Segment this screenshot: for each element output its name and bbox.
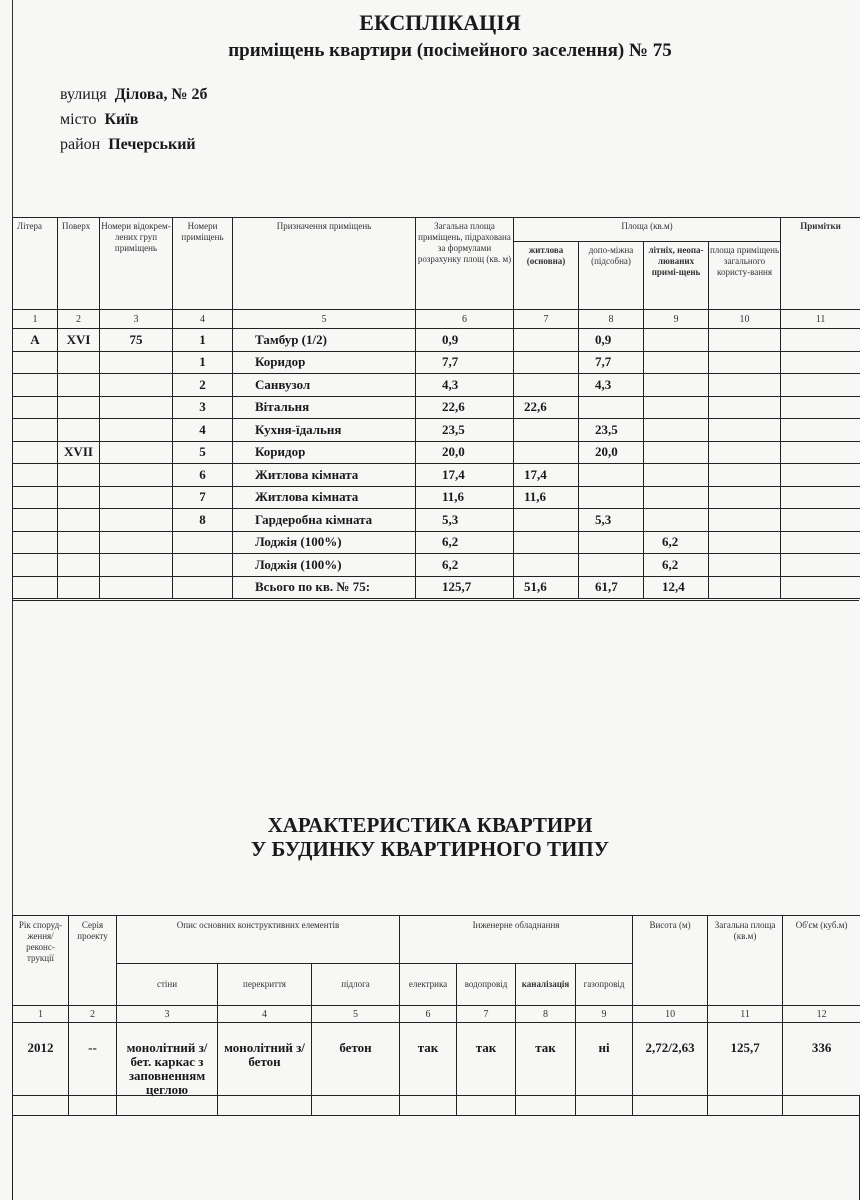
cell-living — [514, 531, 579, 554]
cell-name: Гардеробна кімната — [233, 509, 416, 532]
cell-total: 6,2 — [416, 531, 514, 554]
cell-notes — [781, 419, 860, 442]
header-construction-group: Опис основних конструктивних елементів — [117, 916, 400, 964]
cell-notes — [781, 374, 860, 397]
cell-summer — [644, 419, 709, 442]
cell-litera — [13, 509, 58, 532]
header-water: водопровід — [457, 964, 516, 1006]
cell-common — [709, 576, 781, 599]
cell-total: 20,0 — [416, 441, 514, 464]
cell-floor — [58, 486, 100, 509]
cell-total: 125,7 — [416, 576, 514, 599]
header-engineering-group: Інженерне обладнання — [400, 916, 633, 964]
cell-name: Вітальня — [233, 396, 416, 419]
street-value: Ділова, № 2б — [115, 86, 208, 103]
header-group-numbers: Номери відокрем-лених груп приміщень — [100, 218, 173, 310]
cell-living — [514, 351, 579, 374]
section-divider — [12, 600, 859, 601]
cell-common — [709, 374, 781, 397]
cell-notes — [781, 554, 860, 577]
cell-room: 3 — [173, 396, 233, 419]
cell-room: 7 — [173, 486, 233, 509]
table-row: 3Вітальня22,622,6 — [13, 396, 860, 419]
col-num: 11 — [708, 1006, 783, 1023]
cell-aux — [579, 464, 644, 487]
cell-common — [709, 419, 781, 442]
table-row: Лоджія (100%)6,26,2 — [13, 554, 860, 577]
table-row: 1Коридор7,77,7 — [13, 351, 860, 374]
header-ceilings: перекриття — [218, 964, 312, 1006]
cell-living — [514, 419, 579, 442]
cell-notes — [781, 396, 860, 419]
cell-floor — [58, 464, 100, 487]
cell-aux: 5,3 — [579, 509, 644, 532]
header-litera: Літера — [13, 218, 58, 310]
cell-room — [173, 554, 233, 577]
cell-summer — [644, 486, 709, 509]
cell-floor: XVII — [58, 441, 100, 464]
cell-floor — [58, 351, 100, 374]
header-walls: стіни — [117, 964, 218, 1006]
col-num: 4 — [218, 1006, 312, 1023]
cell-litera: А — [13, 329, 58, 352]
cell-summer — [644, 441, 709, 464]
header-area-group: Площа (кв.м) — [514, 218, 781, 242]
address-district: район Печерський — [60, 136, 196, 154]
cell-litera — [13, 486, 58, 509]
street-label: вулиця — [60, 86, 107, 103]
header-volume: Об'єм (куб.м) — [783, 916, 860, 1006]
table-row: Всього по кв. № 75:125,751,661,712,4 — [13, 576, 860, 599]
col-num: 7 — [457, 1006, 516, 1023]
cell-aux — [579, 531, 644, 554]
cell-group — [100, 509, 173, 532]
col-num: 10 — [633, 1006, 708, 1023]
cell-notes — [781, 329, 860, 352]
cell-common — [709, 464, 781, 487]
cell-floor — [58, 554, 100, 577]
header-series: Серія проекту — [69, 916, 117, 1006]
cell-common — [709, 396, 781, 419]
col-num: 5 — [233, 310, 416, 329]
cell-aux — [579, 396, 644, 419]
cell-room: 2 — [173, 374, 233, 397]
cell-floor — [58, 576, 100, 599]
city-label: місто — [60, 111, 96, 128]
notes-box — [12, 1095, 860, 1200]
cell-living — [514, 329, 579, 352]
city-value: Київ — [104, 111, 138, 128]
cell-room — [173, 576, 233, 599]
cell-group — [100, 374, 173, 397]
cell-common — [709, 486, 781, 509]
header-total-area: Загальна площа приміщень, підрахована за… — [416, 218, 514, 310]
cell-notes — [781, 486, 860, 509]
cell-litera — [13, 396, 58, 419]
col-num: 4 — [173, 310, 233, 329]
cell-living: 51,6 — [514, 576, 579, 599]
cell-common — [709, 329, 781, 352]
cell-common — [709, 531, 781, 554]
cell-floor: XVI — [58, 329, 100, 352]
cell-total: 7,7 — [416, 351, 514, 374]
table-row: 8Гардеробна кімната5,35,3 — [13, 509, 860, 532]
table-row: 7Житлова кімната11,611,6 — [13, 486, 860, 509]
cell-room: 6 — [173, 464, 233, 487]
cell-notes — [781, 351, 860, 374]
cell-group — [100, 576, 173, 599]
cell-living: 17,4 — [514, 464, 579, 487]
header-electric: електрика — [400, 964, 457, 1006]
cell-name: Коридор — [233, 351, 416, 374]
col-num: 8 — [516, 1006, 576, 1023]
cell-notes — [781, 576, 860, 599]
cell-aux: 4,3 — [579, 374, 644, 397]
cell-summer — [644, 374, 709, 397]
cell-room: 4 — [173, 419, 233, 442]
cell-summer: 12,4 — [644, 576, 709, 599]
cell-aux — [579, 486, 644, 509]
col-num: 2 — [58, 310, 100, 329]
cell-room: 8 — [173, 509, 233, 532]
cell-common — [709, 509, 781, 532]
header-notes: Примітки — [781, 218, 860, 310]
district-label: район — [60, 136, 100, 153]
cell-summer: 6,2 — [644, 531, 709, 554]
header-floor: підлога — [312, 964, 400, 1006]
col-num: 8 — [579, 310, 644, 329]
cell-litera — [13, 441, 58, 464]
cell-living: 11,6 — [514, 486, 579, 509]
cell-name: Лоджія (100%) — [233, 554, 416, 577]
cell-summer — [644, 351, 709, 374]
col-num: 3 — [117, 1006, 218, 1023]
cell-notes — [781, 464, 860, 487]
col-num: 1 — [13, 310, 58, 329]
cell-total: 0,9 — [416, 329, 514, 352]
cell-aux: 7,7 — [579, 351, 644, 374]
cell-litera — [13, 464, 58, 487]
header-room-numbers: Номери приміщень — [173, 218, 233, 310]
cell-group — [100, 531, 173, 554]
cell-aux: 0,9 — [579, 329, 644, 352]
table-row: Лоджія (100%)6,26,2 — [13, 531, 860, 554]
cell-total: 6,2 — [416, 554, 514, 577]
cell-living — [514, 374, 579, 397]
cell-floor — [58, 531, 100, 554]
header-summer: літніх, неопа-люваних примі-щень — [644, 242, 709, 310]
cell-group — [100, 441, 173, 464]
col-num: 3 — [100, 310, 173, 329]
cell-group — [100, 554, 173, 577]
cell-living — [514, 509, 579, 532]
address-street: вулиця Ділова, № 2б — [60, 86, 208, 104]
cell-total: 11,6 — [416, 486, 514, 509]
col-num: 5 — [312, 1006, 400, 1023]
cell-room: 5 — [173, 441, 233, 464]
cell-room: 1 — [173, 329, 233, 352]
cell-total: 23,5 — [416, 419, 514, 442]
cell-name: Всього по кв. № 75: — [233, 576, 416, 599]
header-purpose: Призначення приміщень — [233, 218, 416, 310]
header-living: житлова (основна) — [514, 242, 579, 310]
characteristics-title: ХАРАКТЕРИСТИКА КВАРТИРИ — [0, 813, 860, 837]
characteristics-subtitle: У БУДИНКУ КВАРТИРНОГО ТИПУ — [0, 837, 860, 861]
col-num: 6 — [416, 310, 514, 329]
cell-group — [100, 419, 173, 442]
document-subtitle: приміщень квартири (посімейного заселенн… — [20, 40, 860, 62]
col-num: 11 — [781, 310, 860, 329]
cell-name: Кухня-їдальня — [233, 419, 416, 442]
cell-common — [709, 554, 781, 577]
table-row: 6Житлова кімната17,417,4 — [13, 464, 860, 487]
cell-room — [173, 531, 233, 554]
cell-total: 5,3 — [416, 509, 514, 532]
column-numbers-row: 1 2 3 4 5 6 7 8 9 10 11 12 — [13, 1006, 860, 1023]
header-total-area: Загальна площа (кв.м) — [708, 916, 783, 1006]
cell-litera — [13, 576, 58, 599]
cell-litera — [13, 351, 58, 374]
col-num: 9 — [644, 310, 709, 329]
col-num: 6 — [400, 1006, 457, 1023]
col-num: 2 — [69, 1006, 117, 1023]
cell-name: Лоджія (100%) — [233, 531, 416, 554]
col-num: 1 — [13, 1006, 69, 1023]
cell-name: Житлова кімната — [233, 464, 416, 487]
cell-room: 1 — [173, 351, 233, 374]
cell-floor — [58, 374, 100, 397]
cell-floor — [58, 419, 100, 442]
cell-aux — [579, 554, 644, 577]
header-auxiliary: допо-міжна (підсобна) — [579, 242, 644, 310]
cell-notes — [781, 441, 860, 464]
cell-litera — [13, 531, 58, 554]
col-num: 9 — [576, 1006, 633, 1023]
column-numbers-row: 1 2 3 4 5 6 7 8 9 10 11 — [13, 310, 860, 329]
cell-living: 22,6 — [514, 396, 579, 419]
cell-floor — [58, 509, 100, 532]
cell-group: 75 — [100, 329, 173, 352]
cell-litera — [13, 374, 58, 397]
cell-group — [100, 396, 173, 419]
col-num: 12 — [783, 1006, 860, 1023]
cell-aux: 61,7 — [579, 576, 644, 599]
cell-litera — [13, 554, 58, 577]
table-row: 2Санвузол4,34,3 — [13, 374, 860, 397]
header-common: площа приміщень загального користу-вання — [709, 242, 781, 310]
cell-aux: 20,0 — [579, 441, 644, 464]
col-num: 7 — [514, 310, 579, 329]
cell-litera — [13, 419, 58, 442]
document-title: ЕКСПЛІКАЦІЯ — [10, 10, 860, 36]
table-row: 4Кухня-їдальня23,523,5 — [13, 419, 860, 442]
explication-table: Літера Поверх Номери відокрем-лених груп… — [12, 217, 860, 599]
cell-notes — [781, 531, 860, 554]
district-value: Печерський — [108, 136, 195, 153]
header-gas: газопровід — [576, 964, 633, 1006]
characteristics-table: Рік споруд-ження/ реконс-трукції Серія п… — [12, 915, 860, 1116]
cell-common — [709, 351, 781, 374]
cell-aux: 23,5 — [579, 419, 644, 442]
cell-group — [100, 486, 173, 509]
table-row: XVII5Коридор20,020,0 — [13, 441, 860, 464]
address-city: місто Київ — [60, 111, 138, 129]
header-height: Висота (м) — [633, 916, 708, 1006]
cell-group — [100, 464, 173, 487]
cell-total: 22,6 — [416, 396, 514, 419]
cell-summer — [644, 464, 709, 487]
cell-name: Санвузол — [233, 374, 416, 397]
cell-common — [709, 441, 781, 464]
cell-name: Тамбур (1/2) — [233, 329, 416, 352]
col-num: 10 — [709, 310, 781, 329]
cell-group — [100, 351, 173, 374]
cell-total: 4,3 — [416, 374, 514, 397]
cell-summer: 6,2 — [644, 554, 709, 577]
cell-name: Житлова кімната — [233, 486, 416, 509]
cell-name: Коридор — [233, 441, 416, 464]
header-floor: Поверх — [58, 218, 100, 310]
cell-summer — [644, 396, 709, 419]
cell-total: 17,4 — [416, 464, 514, 487]
header-sewage: каналізація — [516, 964, 576, 1006]
cell-living — [514, 554, 579, 577]
cell-notes — [781, 509, 860, 532]
table-row: АXVI751Тамбур (1/2)0,90,9 — [13, 329, 860, 352]
header-year: Рік споруд-ження/ реконс-трукції — [13, 916, 69, 1006]
cell-floor — [58, 396, 100, 419]
cell-summer — [644, 509, 709, 532]
cell-summer — [644, 329, 709, 352]
cell-living — [514, 441, 579, 464]
